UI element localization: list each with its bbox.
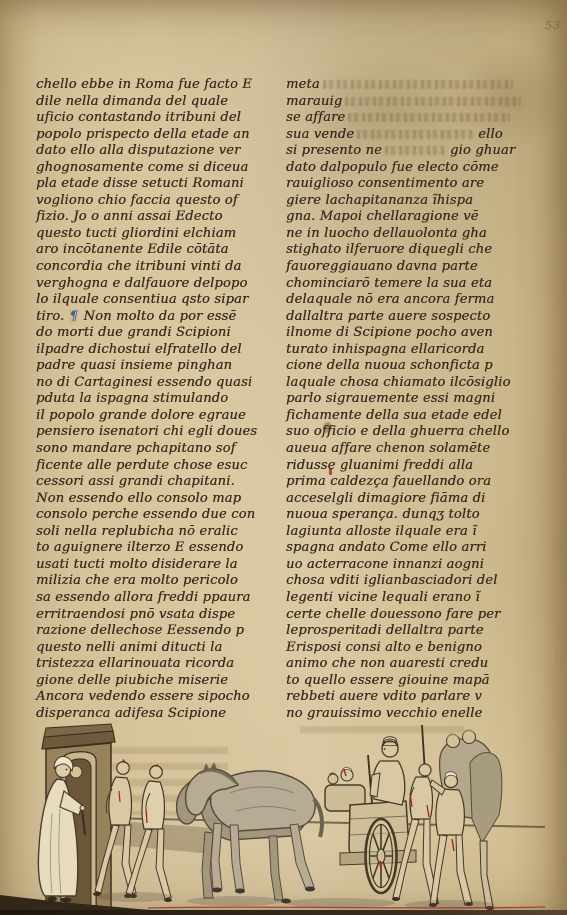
text-line: erritraendosi pnō vsata dispe (36, 607, 276, 624)
text-segment-ink: gio ghuar (450, 143, 515, 158)
text-line: cessori assi grandi chapitani. (36, 474, 276, 491)
text-line: no di Cartaginesi essendo quasi (36, 375, 276, 392)
text-segment-ink: meta (286, 77, 320, 92)
text-line: Non essendo ello consolo map (36, 491, 276, 508)
text-line: spagna andato Come ello arri (286, 540, 542, 557)
text-line: gione delle piubiche miserie (36, 673, 276, 690)
text-line: no grauissimo vecchio enelle (286, 706, 542, 723)
text-line: tristezza ellarinouata ricorda (36, 656, 276, 673)
text-line: rebbeti auere vdito parlare v (286, 689, 542, 706)
text-line: consolo perche essendo due con (36, 507, 276, 524)
text-line: to aguignere ilterzo E essendo (36, 540, 276, 557)
text-line: ne in luocho dellauolonta gha (286, 226, 542, 243)
text-line: disperanca adifesa Scipione (36, 706, 276, 723)
text-line: sua vendeello (286, 127, 542, 144)
text-line: dallaltra parte auere sospecto (286, 309, 542, 326)
text-line: uo acterracone innanzi aogni (286, 557, 542, 574)
text-line: uficio contastando itribuni del (36, 110, 276, 127)
text-line: soli nella replubicha nō eralic (36, 524, 276, 541)
text-segment-ink: ello (478, 127, 503, 142)
text-line: stighato ilferuore diquegli che (286, 242, 542, 259)
text-line: se affare (286, 110, 542, 127)
text-line: delaquale nō era ancora ferma (286, 292, 542, 309)
text-line: ficente alle perdute chose esuc (36, 458, 276, 475)
text-line: certe chelle douessono fare per (286, 607, 542, 624)
text-line: aro incōtanente Edile cōtāta (36, 242, 276, 259)
text-line: usati tucti molto disiderare la (36, 557, 276, 574)
text-line: animo che non auaresti credu (286, 656, 542, 673)
text-line: pensiero isenatori chi egli doues (36, 424, 276, 441)
text-line: popolo prispecto della etade an (36, 127, 276, 144)
text-line: turato inhispagna ellaricorda (286, 342, 542, 359)
folio-number: 53 (545, 19, 561, 32)
text-column-left: chello ebbe in Roma fue facto Edile nell… (36, 77, 276, 722)
text-line: prima caldezça fauellando ora (286, 474, 542, 491)
text-line: gna. Mapoi chellaragione vē (286, 209, 542, 226)
text-line: Ancora vedendo essere sipocho (36, 689, 276, 706)
text-line: dato dalpopulo fue electo cōme (286, 160, 542, 177)
text-line: aueua affare chenon solamēte (286, 441, 542, 458)
text-line: legenti vicine lequali erano ĩ (286, 590, 542, 607)
text-line: giere lachapitananza ĩhispa (286, 193, 542, 210)
text-segment-gap (385, 146, 447, 155)
text-segment-gap (323, 80, 513, 89)
cart-wheel (366, 819, 397, 893)
text-segment-ink: marauig (286, 94, 342, 109)
text-line: vogliono chio faccia questo of (36, 193, 276, 210)
escort-group (392, 725, 502, 910)
text-segment-paraph: ¶ (69, 309, 79, 324)
text-segment-gap (348, 113, 510, 122)
text-line: pla etade disse setucti Romani (36, 176, 276, 193)
text-line: questo nelli animi ditucti la (36, 640, 276, 657)
text-line: leprosperitadi dellaltra parte (286, 623, 542, 640)
manuscript-page: 53 chello ebbe in Roma fue facto Edile n… (0, 0, 567, 915)
text-line: tiro. ¶ Non molto da por essē (36, 309, 276, 326)
text-line: marauig (286, 94, 542, 111)
text-line: ridusse gluanimi freddi alla (286, 458, 542, 475)
text-line: rauiglioso consentimento are (286, 176, 542, 193)
text-line: si presento negio ghuar (286, 143, 542, 160)
text-line: parlo sigrauemente essi magni (286, 391, 542, 408)
text-segment-ink: se affare (286, 110, 345, 125)
text-line: fauoreggiauano davna parte (286, 259, 542, 276)
miniature-illustration (0, 723, 567, 915)
text-line: ilpadre dichostui elfratello del (36, 342, 276, 359)
text-line: il popolo grande dolore egraue (36, 408, 276, 425)
text-line: razione dellechose Eessendo p (36, 623, 276, 640)
text-line: chello ebbe in Roma fue facto E (36, 77, 276, 94)
text-segment-ink: tiro. (36, 309, 69, 324)
text-line: suo officio e della ghuerra chello (286, 424, 542, 441)
text-segment-gap (345, 97, 521, 106)
text-line: sa essendo allora freddi ppaura (36, 590, 276, 607)
text-line: cione della nuoua schonficta p (286, 358, 542, 375)
text-segment-ink: Non molto da por essē (79, 309, 236, 324)
text-line: dato ello alla disputazione ver (36, 143, 276, 160)
text-line: chominciarō temere la sua eta (286, 276, 542, 293)
text-line: ghognosamente come si diceua (36, 160, 276, 177)
text-line: padre quasi insieme pinghan (36, 358, 276, 375)
text-line: dile nella dimanda del quale (36, 94, 276, 111)
text-line: chosa vditi iglianbasciadori del (286, 573, 542, 590)
text-line: pduta la ispagna stimulando (36, 391, 276, 408)
text-segment-ink: si presento ne (286, 143, 382, 158)
text-line: ilnome di Scipione pocho aven (286, 325, 542, 342)
text-line: meta (286, 77, 542, 94)
text-line: laquale chosa chiamato ilcōsiglio (286, 375, 542, 392)
text-line: milizia che era molto pericolo (36, 573, 276, 590)
text-segment-ink: sua vende (286, 127, 354, 142)
text-line: Erisposi consi alto e benigno (286, 640, 542, 657)
text-line: questo tucti gliordini elchiam (36, 226, 276, 243)
text-line: do morti due grandi Scipioni (36, 325, 276, 342)
text-line: sono mandare pchapitano sof (36, 441, 276, 458)
red-rule (148, 907, 545, 908)
text-line: lo ilquale consentiua qsto sipar (36, 292, 276, 309)
text-column-right: metamarauigse affaresua vendeellosi pres… (286, 77, 542, 722)
text-line: lagiunta alloste ilquale era ĩ (286, 524, 542, 541)
text-line: acceselgli dimagiore fiāma di (286, 491, 542, 508)
text-line: fichamente della sua etade edel (286, 408, 542, 425)
text-line: verghogna e dalfauore delpopo (36, 276, 276, 293)
text-line: concordia che itribuni vinti da (36, 259, 276, 276)
text-line: fizio. Jo o anni assai Edecto (36, 209, 276, 226)
text-line: nuoua sperança. dunqʒ tolto (286, 507, 542, 524)
text-segment-gap (357, 130, 475, 139)
text-line: to quello essere giouine mapā (286, 673, 542, 690)
cart-driver (368, 737, 405, 805)
